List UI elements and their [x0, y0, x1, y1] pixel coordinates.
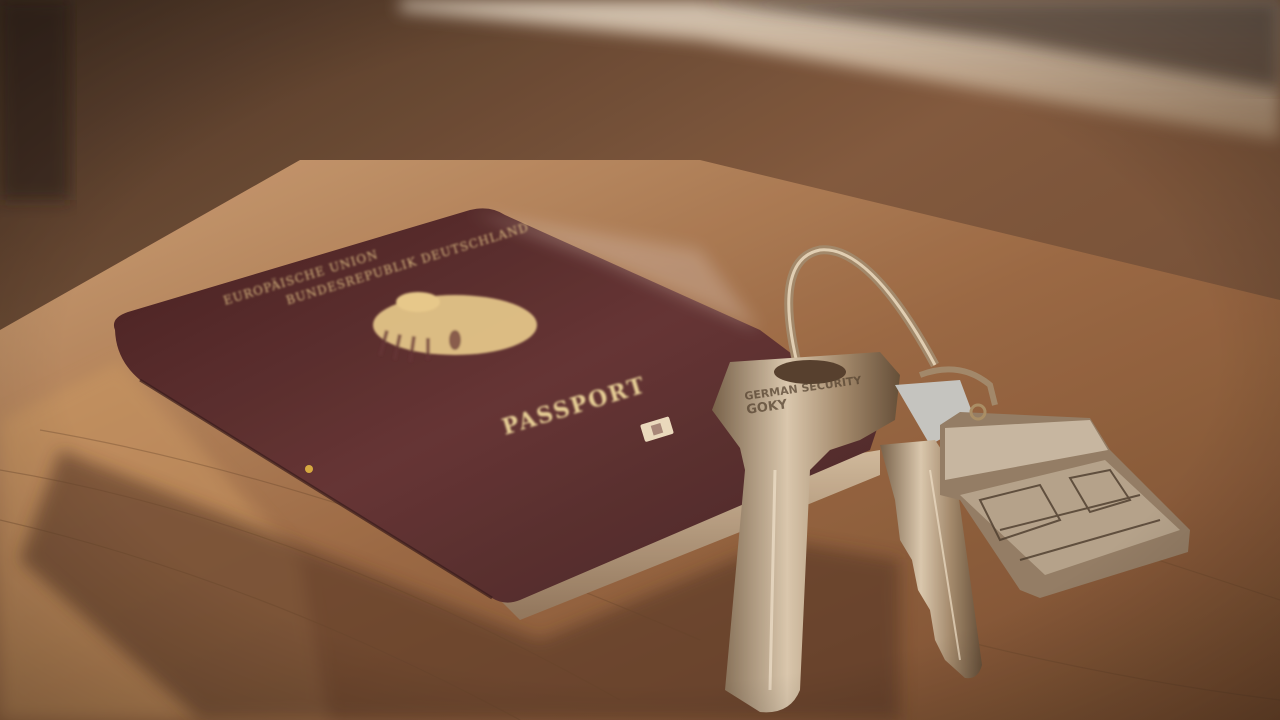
photo-scene: EUROPÄISCHE UNION BUNDESREPUBLIK DEUTSCH… — [0, 0, 1280, 720]
photo-illustration: EUROPÄISCHE UNION BUNDESREPUBLIK DEUTSCH… — [0, 0, 1280, 720]
